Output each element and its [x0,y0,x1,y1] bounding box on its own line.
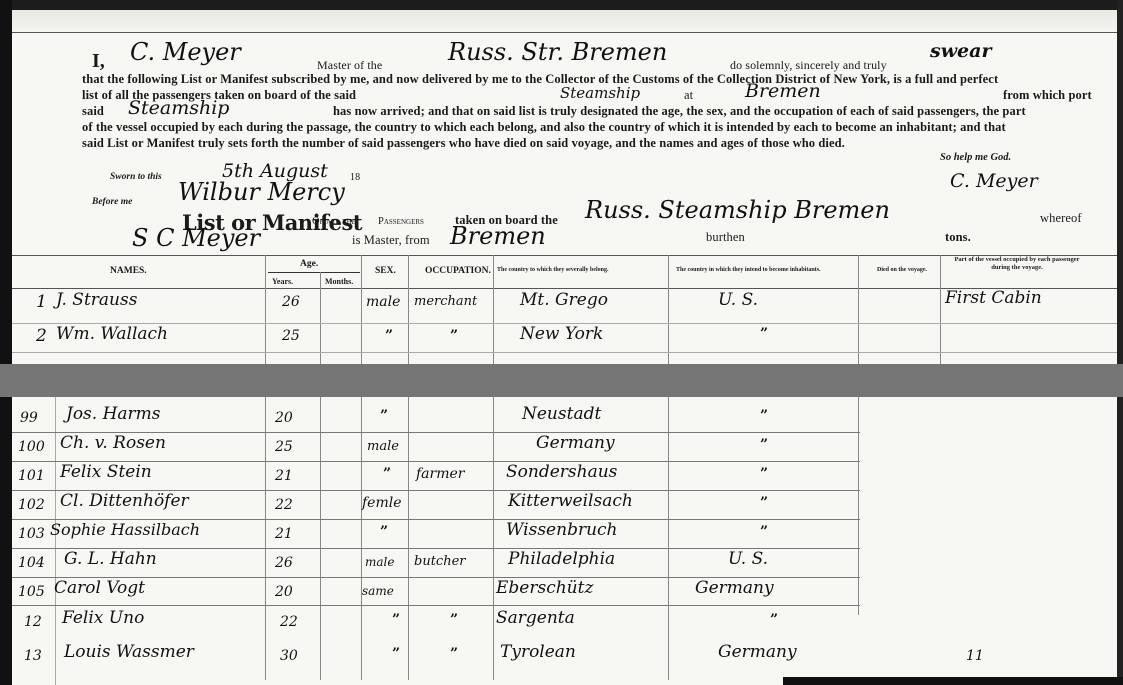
sex: same [362,584,394,598]
sex: ” [380,408,388,424]
before-me-label: Before me [92,197,132,207]
sex: ” [392,646,400,662]
vessel-handwritten: Russ. Str. Bremen [448,38,667,66]
country-inhabit: ” [760,408,768,424]
passenger-name: Jos. Harms [66,404,161,424]
vessel-part: First Cabin [945,288,1042,308]
header-country-inhabit: The country in which they intend to beco… [676,267,821,273]
header-names: NAMES. [110,266,147,276]
country-inhabit: ” [770,612,778,628]
oath-line-2: that the following List or Manifest subs… [82,72,998,87]
country-inhabit: ” [760,495,768,511]
col-sep [361,255,362,680]
page-fold [12,10,1123,33]
occupation: butcher [414,554,465,569]
row-number: 102 [18,497,45,513]
tons-label: tons. [945,230,971,245]
whereof-label: whereof [1040,211,1082,226]
country-belong: Kitterweilsach [508,491,633,511]
age-years: 26 [282,294,300,310]
age-rule [268,272,360,273]
is-master-from-label: is Master, from [352,233,430,248]
vessel-part: 11 [966,648,984,664]
scan-bottom-edge [783,677,1123,685]
header-age: Age. [300,259,318,269]
country-inhabit: ” [760,466,768,482]
row-rule [12,605,860,606]
col-sep [320,272,321,680]
header-months: Months. [325,277,353,286]
country-belong: Eberschütz [496,578,593,598]
oath-line-4b: has now arrived; and that on said list i… [333,104,1026,119]
swear-handwritten: swear [930,40,991,62]
passenger-name: Wm. Wallach [56,324,168,344]
oath-I: I, [92,50,105,73]
master-name-2-handwritten: S C Meyer [132,224,260,252]
sex: ” [392,612,400,628]
country-belong: Sargenta [496,608,575,628]
col-sep [493,255,494,680]
occupation: ” [450,328,458,344]
country-inhabit: Germany [718,642,797,662]
row-number: 100 [18,439,45,455]
col-sep [940,255,941,365]
official-signature: Wilbur Mercy [178,178,345,206]
col-sep [265,255,266,680]
col-sep [858,255,859,615]
country-belong: Germany [536,433,615,453]
passenger-name: Cl. Dittenhöfer [60,491,189,511]
sex: male [365,555,394,569]
row-number: 13 [24,648,42,664]
oath-line-4a: said [82,104,104,119]
header-died: Died on the voyage. [877,267,927,273]
row-number: 12 [24,614,42,630]
vessel-type-handwritten: Steamship [560,84,640,102]
occupation: ” [450,612,458,628]
do-solemnly-text: do solemnly, sincerely and truly [730,58,887,73]
age-years: 22 [275,497,293,513]
master-signature: C. Meyer [950,170,1038,192]
occupation: farmer [416,466,464,482]
scan-left-edge [0,0,12,685]
country-belong: Neustadt [522,404,601,424]
header-sex: SEX. [375,266,396,276]
row-number: 2 [36,326,47,346]
redaction-band [0,364,1123,397]
sex: femle [362,495,402,511]
country-belong: New York [520,324,603,344]
from-which-port-text: from which port [1003,88,1092,103]
row-number: 101 [18,468,45,484]
master-name-handwritten: C. Meyer [130,38,241,66]
manifest-page: I, C. Meyer Master of the Russ. Str. Bre… [0,0,1123,685]
country-inhabit: U. S. [728,549,768,569]
col-sep [668,255,669,680]
col-sep [408,255,409,680]
oath-line-5: of the vessel occupied by each during th… [82,120,1006,135]
col-sep-number [55,397,56,685]
age-years: 20 [275,410,293,426]
age-years: 26 [275,555,293,571]
scan-right-edge [1117,0,1123,685]
row-number: 105 [18,584,45,600]
passenger-name: Felix Uno [62,608,144,628]
said-vessel-handwritten: Steamship [128,97,229,119]
age-years: 21 [275,526,293,542]
so-help-me-god: So help me God. [940,152,1011,163]
header-country-belong: The country to which they severally belo… [497,267,609,273]
country-belong: Tyrolean [500,642,576,662]
country-belong: Philadelphia [508,549,615,569]
oath-line-6: said List or Manifest truly sets forth t… [82,136,845,151]
country-belong: Mt. Grego [520,290,608,310]
country-inhabit: ” [760,326,768,342]
at-label: at [684,88,693,103]
country-belong: Sondershaus [506,462,617,482]
occupation: ” [450,646,458,662]
country-inhabit: U. S. [718,290,758,310]
age-years: 30 [280,648,298,664]
passenger-name: Sophie Hassilbach [50,520,200,539]
year-prefix: 18 [350,172,360,183]
sex: ” [383,466,391,482]
scan-top-edge [0,0,1123,10]
sex: male [366,294,400,310]
passenger-name: Carol Vogt [54,578,145,598]
row-number: 1 [36,292,47,312]
age-years: 22 [280,614,298,630]
sex: ” [380,524,388,540]
country-inhabit: ” [760,437,768,453]
age-years: 25 [282,328,300,344]
vessel-name-handwritten: Russ. Steamship Bremen [585,196,890,224]
passenger-name: Felix Stein [60,462,152,482]
passenger-name: Louis Wassmer [64,642,194,662]
occupation: merchant [414,294,477,309]
from-port-handwritten: Bremen [450,222,546,250]
row-rule [12,352,1117,353]
passengers-label: Passengers [378,216,424,227]
age-years: 21 [275,468,293,484]
header-part-vessel: Part of the vessel occupied by each pass… [952,256,1082,272]
master-of-the-label: Master of the [317,58,382,73]
sex: male [367,439,399,454]
port-handwritten: Bremen [745,80,821,102]
sex: ” [385,328,393,344]
row-number: 103 [18,526,45,542]
country-inhabit: ” [760,524,768,540]
country-belong: Wissenbruch [506,520,618,540]
passenger-name: G. L. Hahn [64,549,157,569]
burthen-label: burthen [706,230,745,245]
header-years: Years. [272,277,293,286]
of-all-the-label: Of all the [312,216,356,227]
header-occupation: OCCUPATION. [425,266,491,276]
sworn-to-this-label: Sworn to this [110,172,162,182]
passenger-name: Ch. v. Rosen [60,433,166,453]
age-years: 25 [275,439,293,455]
age-years: 20 [275,584,293,600]
row-number: 99 [20,410,38,426]
passenger-name: J. Strauss [56,290,137,310]
country-inhabit: Germany [695,578,774,598]
row-number: 104 [18,555,45,571]
